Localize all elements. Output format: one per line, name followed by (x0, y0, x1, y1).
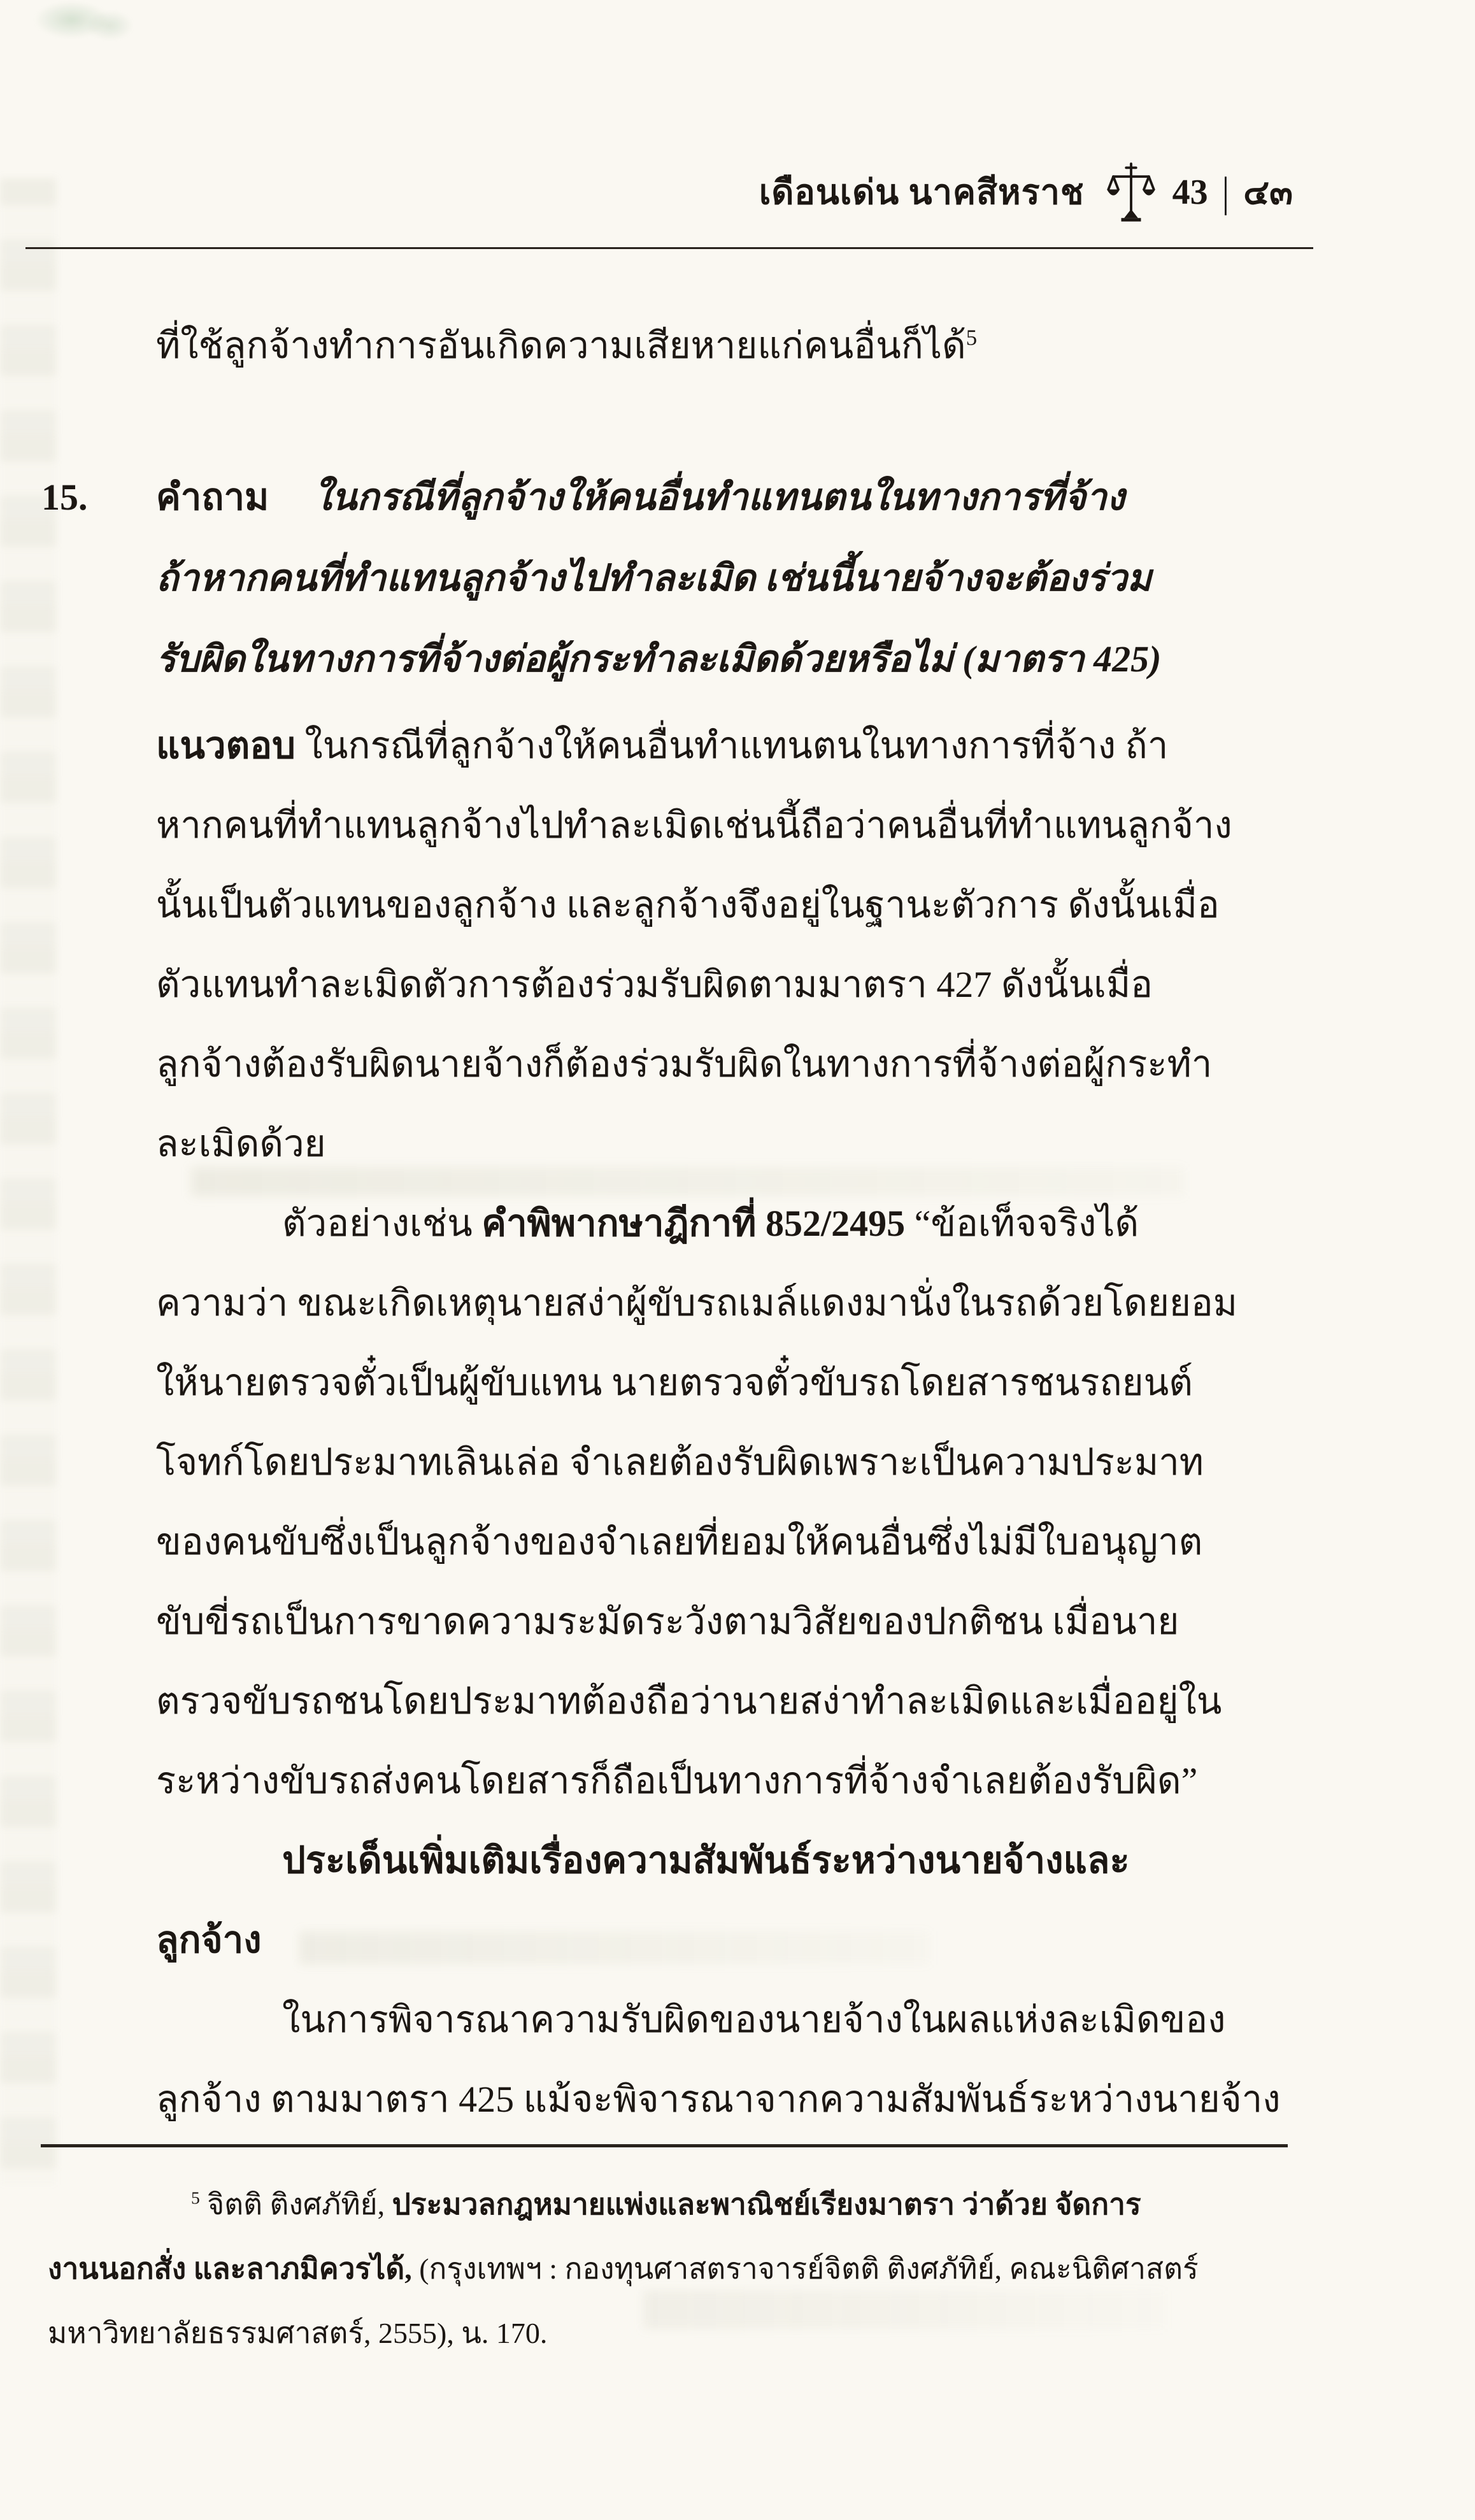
footnote-marker: 5 (191, 2188, 200, 2208)
closing-line: ลูกจ้าง ตามมาตรา 425 แม้จะพิจารณาจากความ… (156, 2059, 1293, 2139)
example-lead: ตัวอย่างเช่น (282, 1203, 481, 1244)
example-line: ตรวจขับรถชนโดยประมาทต้องถือว่านายสง่าทำล… (156, 1661, 1293, 1741)
scales-of-justice-icon (1106, 162, 1156, 223)
answer-line: นั้นเป็นตัวแทนของลูกจ้าง และลูกจ้างจึงอย… (156, 865, 1293, 945)
question-block: 15.คำถามในกรณีที่ลูกจ้างให้คนอื่นทำแทนตน… (156, 457, 1293, 699)
footnote-publication: มหาวิทยาลัยธรรมศาสตร์, 2555), น. 170. (48, 2317, 547, 2349)
example-line: ตัวอย่างเช่น คำพิพากษาฎีกาที่ 852/2495 “… (156, 1184, 1293, 1263)
footnote-author: จิตติ ติงศภัทิย์, (200, 2188, 392, 2221)
question-label: คำถาม (156, 476, 269, 518)
intro-text: ที่ใช้ลูกจ้างทำการอันเกิดความเสียหายแก่ค… (156, 325, 966, 366)
question-line: ถ้าหากคนที่ทำแทนลูกจ้างไปทำละเมิด เช่นนี… (156, 538, 1293, 619)
answer-line: แนวตอบ ในกรณีที่ลูกจ้างให้คนอื่นทำแทนตนใ… (156, 706, 1293, 785)
question-line: 15.คำถามในกรณีที่ลูกจ้างให้คนอื่นทำแทนตน… (156, 457, 1293, 538)
question-text: ในกรณีที่ลูกจ้างให้คนอื่นทำแทนตนในทางการ… (313, 476, 1125, 518)
page-content: เดือนเด่น นาคสีหราช 43 | ๔๓ (0, 0, 1475, 2520)
case-citation: คำพิพากษาฎีกาที่ 852/2495 (481, 1203, 905, 1244)
example-line: ขับขี่รถเป็นการขาดความระมัดระวังตามวิสัย… (156, 1582, 1293, 1661)
answer-label: แนวตอบ (156, 725, 296, 766)
page-number-divider: | (1222, 156, 1230, 229)
author-name: เดือนเด่น นาคสีหราช (759, 161, 1085, 224)
scanned-book-page: เดือนเด่น นาคสีหราช 43 | ๔๓ (0, 0, 1475, 2520)
footnote-title: ประมวลกฎหมายแพ่งและพาณิชย์เรียงมาตรา ว่า… (392, 2188, 1141, 2221)
footnote-title: งานนอกสั่ง และลาภมิควรได้, (48, 2252, 412, 2285)
page-number-thai: ๔๓ (1243, 161, 1293, 224)
footnote-line: มหาวิทยาลัยธรรมศาสตร์, 2555), น. 170. (48, 2301, 1293, 2365)
example-line: ของคนขับซึ่งเป็นลูกจ้างของจำเลยที่ยอมให้… (156, 1502, 1293, 1582)
subheading-line: ลูกจ้าง (156, 1900, 1293, 1980)
example-line: ความว่า ขณะเกิดเหตุนายสง่าผู้ขับรถเมล์แด… (156, 1263, 1293, 1343)
example-line: ให้นายตรวจตั๋วเป็นผู้ขับแทน นายตรวจตั๋วข… (156, 1343, 1293, 1422)
answer-line: ละเมิดด้วย (156, 1104, 1293, 1184)
example-line: ระหว่างขับรถส่งคนโดยสารก็ถือเป็นทางการที… (156, 1741, 1293, 1821)
footnote-line: งานนอกสั่ง และลาภมิควรได้, (กรุงเทพฯ : ก… (48, 2237, 1293, 2301)
example-line: โจทก์โดยประมาทเลินเล่อ จำเลยต้องรับผิดเพ… (156, 1422, 1293, 1502)
answer-line: ตัวแทนทำละเมิดตัวการต้องร่วมรับผิดตามมาต… (156, 945, 1293, 1024)
footnote-publication: (กรุงเทพฯ : กองทุนศาสตราจารย์จิตติ ติงศภ… (412, 2252, 1199, 2285)
answer-line: หากคนที่ทำแทนลูกจ้างไปทำละเมิดเช่นนี้ถือ… (156, 785, 1293, 865)
intro-line: ที่ใช้ลูกจ้างทำการอันเกิดความเสียหายแก่ค… (156, 306, 1293, 385)
footnote-reference: 5 (966, 326, 977, 350)
page-number-arabic: 43 (1172, 161, 1208, 224)
footnote-line: 5 จิตติ ติงศภัทิย์, ประมวลกฎหมายแพ่งและพ… (48, 2172, 1293, 2237)
answer-text: ในกรณีที่ลูกจ้างให้คนอื่นทำแทนตนในทางการ… (296, 725, 1168, 766)
answer-line: ลูกจ้างต้องรับผิดนายจ้างก็ต้องร่วมรับผิด… (156, 1024, 1293, 1104)
body-text: แนวตอบ ในกรณีที่ลูกจ้างให้คนอื่นทำแทนตนใ… (156, 706, 1293, 2139)
closing-line: ในการพิจารณาความรับผิดของนายจ้างในผลแห่ง… (156, 1980, 1293, 2059)
subheading-line: ประเด็นเพิ่มเติมเรื่องความสัมพันธ์ระหว่า… (156, 1821, 1293, 1900)
question-line: รับผิดในทางการที่จ้างต่อผู้กระทำละเมิดด้… (156, 619, 1293, 699)
footnote: 5 จิตติ ติงศภัทิย์, ประมวลกฎหมายแพ่งและพ… (48, 2172, 1293, 2365)
page-header: เดือนเด่น นาคสีหราช 43 | ๔๓ (156, 161, 1293, 224)
example-text: “ข้อเท็จจริงได้ (905, 1203, 1139, 1244)
question-number: 15. (41, 457, 88, 538)
